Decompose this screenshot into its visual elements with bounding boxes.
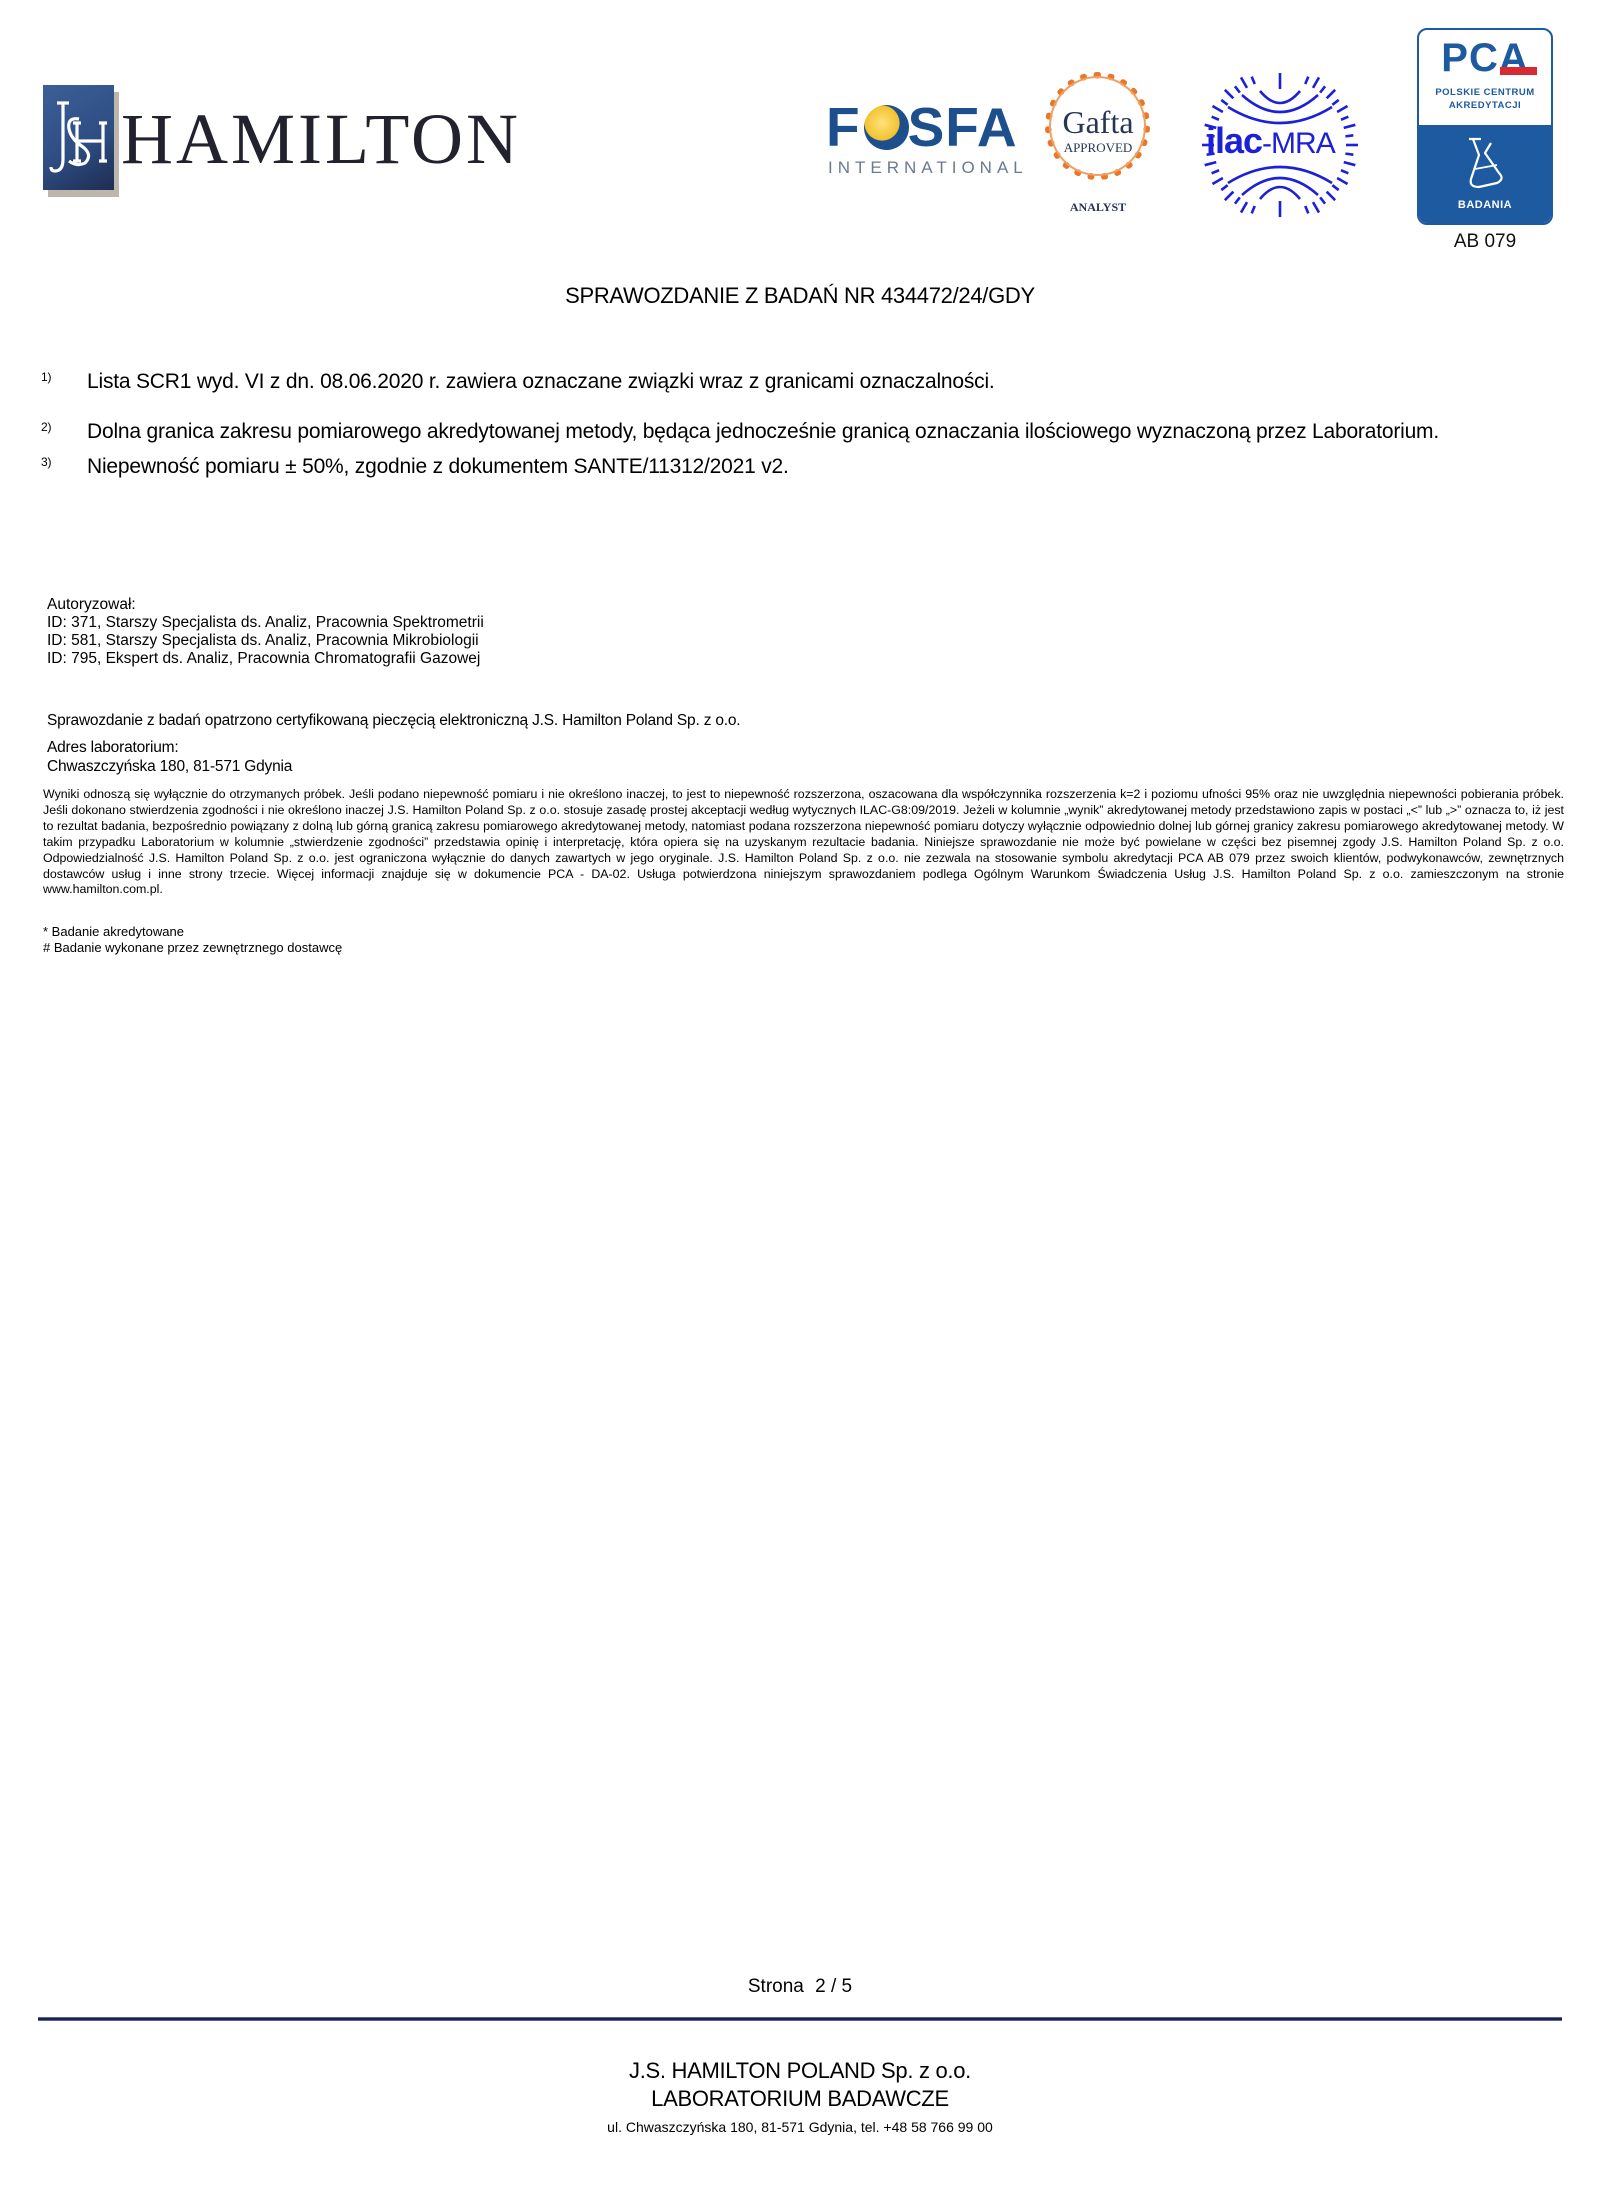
lab-address-value: Chwaszczyńska 180, 81-571 Gdynia xyxy=(47,757,292,776)
globe-icon xyxy=(864,105,909,150)
legend-accredited: * Badanie akredytowane xyxy=(43,924,342,940)
gafta-approved-label: APPROVED xyxy=(1043,140,1153,156)
authorization-label: Autoryzował: xyxy=(47,596,484,614)
ilac-wordmark: ilac-MRA xyxy=(1206,123,1335,159)
fosfa-subtitle: INTERNATIONAL xyxy=(828,158,1028,178)
page-count: 2 / 5 xyxy=(815,1976,852,1997)
pca-red-bar xyxy=(1500,67,1537,75)
footer-address: ul. Chwaszczyńska 180, 81-571 Gdynia, te… xyxy=(0,2119,1600,2135)
pca-accreditation-number: AB 079 xyxy=(1417,231,1553,253)
footnote-item: 3) Niepewność pomiaru ± 50%, zgodnie z d… xyxy=(41,455,1571,478)
footnote-text: Niepewność pomiaru ± 50%, zgodnie z doku… xyxy=(87,455,789,478)
electronic-seal-note: Sprawozdanie z badań opatrzono certyfiko… xyxy=(47,712,740,730)
gafta-analyst-label: ANALYST xyxy=(1043,200,1153,215)
footer-divider xyxy=(38,2017,1562,2021)
hamilton-wordmark: HAMILTON xyxy=(121,103,521,175)
flask-icon xyxy=(1463,135,1507,191)
footnote-mark: 3) xyxy=(41,451,51,474)
footer-company: J.S. HAMILTON POLAND Sp. z o.o. LABORATO… xyxy=(0,2057,1600,2113)
jsh-monogram-box xyxy=(43,85,114,190)
pca-logo: PCA Polskie Centrum Akredytacji BADANIA xyxy=(1417,28,1553,225)
footer-company-name: J.S. HAMILTON POLAND Sp. z o.o. xyxy=(0,2057,1600,2085)
footnote-item: 1) Lista SCR1 wyd. VI z dn. 08.06.2020 r… xyxy=(41,370,1571,393)
ilac-name: ilac xyxy=(1206,120,1262,161)
footnote-item: 2) Dolna granica zakresu pomiarowego akr… xyxy=(41,420,1571,443)
ilac-mra-logo: ilac-MRA xyxy=(1200,65,1360,225)
hamilton-logo: HAMILTON xyxy=(43,85,643,200)
legend-external: # Badanie wykonane przez zewnętrznego do… xyxy=(43,940,342,956)
authorizer-entry: ID: 795, Ekspert ds. Analiz, Pracownia C… xyxy=(47,650,484,668)
footnote-mark: 2) xyxy=(41,416,51,439)
pca-category-label: BADANIA xyxy=(1419,199,1551,211)
pca-category-panel: BADANIA xyxy=(1419,125,1551,225)
footnote-text: Lista SCR1 wyd. VI z dn. 08.06.2020 r. z… xyxy=(87,370,995,393)
page-label: Strona xyxy=(748,1976,804,1997)
lab-address-block: Adres laboratorium: Chwaszczyńska 180, 8… xyxy=(47,738,292,776)
gafta-wordmark: Gafta xyxy=(1043,104,1153,141)
authorizer-entry: ID: 371, Starszy Specjalista ds. Analiz,… xyxy=(47,614,484,632)
pca-full-name: Polskie Centrum Akredytacji xyxy=(1419,86,1551,112)
legal-disclaimer: Wyniki odnoszą się wyłącznie do otrzyman… xyxy=(43,787,1564,898)
report-title: SPRAWOZDANIE Z BADAŃ NR 434472/24/GDY xyxy=(0,283,1600,309)
authorizer-entry: ID: 581, Starszy Specjalista ds. Analiz,… xyxy=(47,632,484,650)
footer-lab-name: LABORATORIUM BADAWCZE xyxy=(0,2085,1600,2113)
jsh-monogram-icon xyxy=(49,97,107,177)
footnote-text: Dolna granica zakresu pomiarowego akredy… xyxy=(87,420,1439,443)
fosfa-logo: FSFA INTERNATIONAL xyxy=(826,100,1034,180)
pca-name-line2: Akredytacji xyxy=(1419,99,1551,112)
authorization-block: Autoryzował: ID: 371, Starszy Specjalist… xyxy=(47,596,484,668)
footnote-mark: 1) xyxy=(41,366,51,389)
gafta-logo: Gafta APPROVED ANALYST xyxy=(1043,68,1153,218)
footnotes-list: 1) Lista SCR1 wyd. VI z dn. 08.06.2020 r… xyxy=(41,370,1571,478)
lab-address-label: Adres laboratorium: xyxy=(47,738,292,757)
fosfa-wordmark: FSFA xyxy=(826,100,1018,155)
ilac-suffix: -MRA xyxy=(1262,127,1335,160)
pca-name-line1: Polskie Centrum xyxy=(1419,86,1551,99)
page-number: Strona 2 / 5 xyxy=(0,1976,1600,1998)
symbol-legend: * Badanie akredytowane # Badanie wykonan… xyxy=(43,924,342,956)
